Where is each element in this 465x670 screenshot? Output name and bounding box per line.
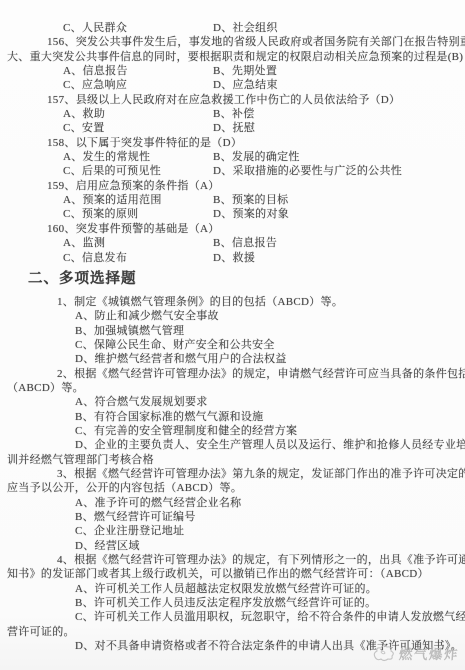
option-left: C、应急响应 <box>0 78 127 92</box>
text-line: A、防止和减少燃气安全事故 <box>0 309 465 323</box>
text-line: A、许可机关工作人员超越法定权限发放燃气经营许可证的。 <box>0 582 465 596</box>
text-line: A、符合燃气发展规划要求 <box>0 395 465 409</box>
option-left: A、发生的常规性 <box>0 150 150 164</box>
option-right: D、应急结束 <box>213 78 278 92</box>
question-line: 2、根据《燃气经营许可管理办法》的规定，申请燃气经营许可应当具备的条件包括 <box>0 367 465 381</box>
option-right: B、先期处置 <box>213 64 277 78</box>
question-line: 3、根据《燃气经营许可管理办法》第九条的规定，发证部门作出的准予许可决定的， <box>0 467 465 481</box>
option-right: B、预案的目标 <box>213 193 288 207</box>
text-line: B、许可机关工作人员违反法定程序发放燃气经营许可证的。 <box>0 596 465 610</box>
question-line: 157、县级以上人民政府对在应急救援工作中伤亡的人员依法给予（D） <box>0 93 465 107</box>
question-line: 156、突发公共事件发生后，事发地的省级人民政府或者国务院有关部门在报告特别重 <box>0 35 465 49</box>
option-right: D、预案的对象 <box>213 207 289 221</box>
text-line: D、企业的主要负责人、安全生产管理人员以及运行、维护和抢修人员经专业培 <box>0 438 465 452</box>
option-right: B、发展的确定性 <box>213 150 300 164</box>
option-left: C、信息发布 <box>0 251 127 265</box>
text-line: B、有符合国家标准的燃气气源和设施 <box>0 410 465 424</box>
text-line: D、维护燃气经营者和燃气用户的合法权益 <box>0 352 465 366</box>
option-row: C、预案的原则D、预案的对象 <box>0 207 465 221</box>
option-left: A、救助 <box>0 107 105 121</box>
text-line: B、加强城镇燃气管理 <box>0 324 465 338</box>
text-line: 营许可证的。 <box>0 625 465 639</box>
option-row: A、救助B、补偿 <box>0 107 465 121</box>
option-left: A、信息报告 <box>0 64 128 78</box>
option-left: C、预案的原则 <box>0 207 138 221</box>
watermark-label: 燃气爆炸 <box>398 643 459 663</box>
text-line: B、燃气经营许可证编号 <box>0 510 465 524</box>
text-line: C、许可机关工作人员滥用职权，玩忽职守，给不符合条件的申请人发放燃气经 <box>0 610 465 624</box>
option-left: C、后果的可预见性 <box>0 164 161 178</box>
option-right: D、社会组织 <box>213 21 278 35</box>
option-right: D、救援 <box>213 251 255 265</box>
option-right: B、信息报告 <box>213 236 277 250</box>
text-line: A、准予许可的燃气经营企业名称 <box>0 496 465 510</box>
option-row: C、人民群众D、社会组织 <box>0 21 465 35</box>
question-line: 159、启用应急预案的条件指（A） <box>0 179 465 193</box>
text-line: C、有完善的安全管理制度和健全的经营方案 <box>0 424 465 438</box>
explosion-doodle-icon <box>372 643 396 663</box>
option-row: C、应急响应D、应急结束 <box>0 78 465 92</box>
option-left: A、监测 <box>0 236 105 250</box>
option-left: C、安置 <box>0 121 105 135</box>
option-right: D、抚慰 <box>213 121 255 135</box>
text-line: C、企业注册登记地址 <box>0 524 465 538</box>
option-row: C、后果的可预见性D、采取措施的必要性与广泛的公共性 <box>0 164 465 178</box>
scanned-exam-page: C、人民群众D、社会组织156、突发公共事件发生后，事发地的省级人民政府或者国务… <box>0 0 465 670</box>
text-line: 大、重大突发公共事件信息的同时，要根据职责和规定的权限启动相关应急预案的过程是(… <box>0 50 465 64</box>
question-line: 1、制定《城镇燃气管理条例》的目的包括（ABCD）等。 <box>0 295 465 309</box>
option-row: A、监测B、信息报告 <box>0 236 465 250</box>
text-line: 训并经燃气管理部门考核合格 <box>0 453 465 467</box>
text-line: D、经营区域 <box>0 539 465 553</box>
text-line: C、保障公民生命、财产安全和公共安全 <box>0 338 465 352</box>
question-line: 158、以下属于突发事件特征的是（D） <box>0 136 465 150</box>
text-line: 应当予以公开，公开的内容包括（ABCD）等。 <box>0 481 465 495</box>
text-line: （ABCD）等。 <box>0 381 465 395</box>
section-heading: 二、多项选择题 <box>0 269 465 289</box>
option-left: A、预案的适用范围 <box>0 193 162 207</box>
option-right: D、采取措施的必要性与广泛的公共性 <box>213 164 402 178</box>
option-right: B、补偿 <box>213 107 255 121</box>
question-line: 4、根据《燃气经营许可管理办法》的规定，有下列情形之一的，出具《准予许可通 <box>0 553 465 567</box>
option-row: A、信息报告B、先期处置 <box>0 64 465 78</box>
option-left: C、人民群众 <box>0 21 127 35</box>
watermark: 燃气爆炸 <box>372 643 459 663</box>
question-line: 160、突发事件预警的基础是（A） <box>0 222 465 236</box>
option-row: A、预案的适用范围B、预案的目标 <box>0 193 465 207</box>
document-lines: C、人民群众D、社会组织156、突发公共事件发生后，事发地的省级人民政府或者国务… <box>0 0 465 653</box>
option-row: C、信息发布D、救援 <box>0 251 465 265</box>
option-row: A、发生的常规性B、发展的确定性 <box>0 150 465 164</box>
option-row: C、安置D、抚慰 <box>0 121 465 135</box>
text-line: 知书》的发证部门或者其上级行政机关，可以撤销已作出的燃气经营许可：（ABCD） <box>0 567 465 581</box>
